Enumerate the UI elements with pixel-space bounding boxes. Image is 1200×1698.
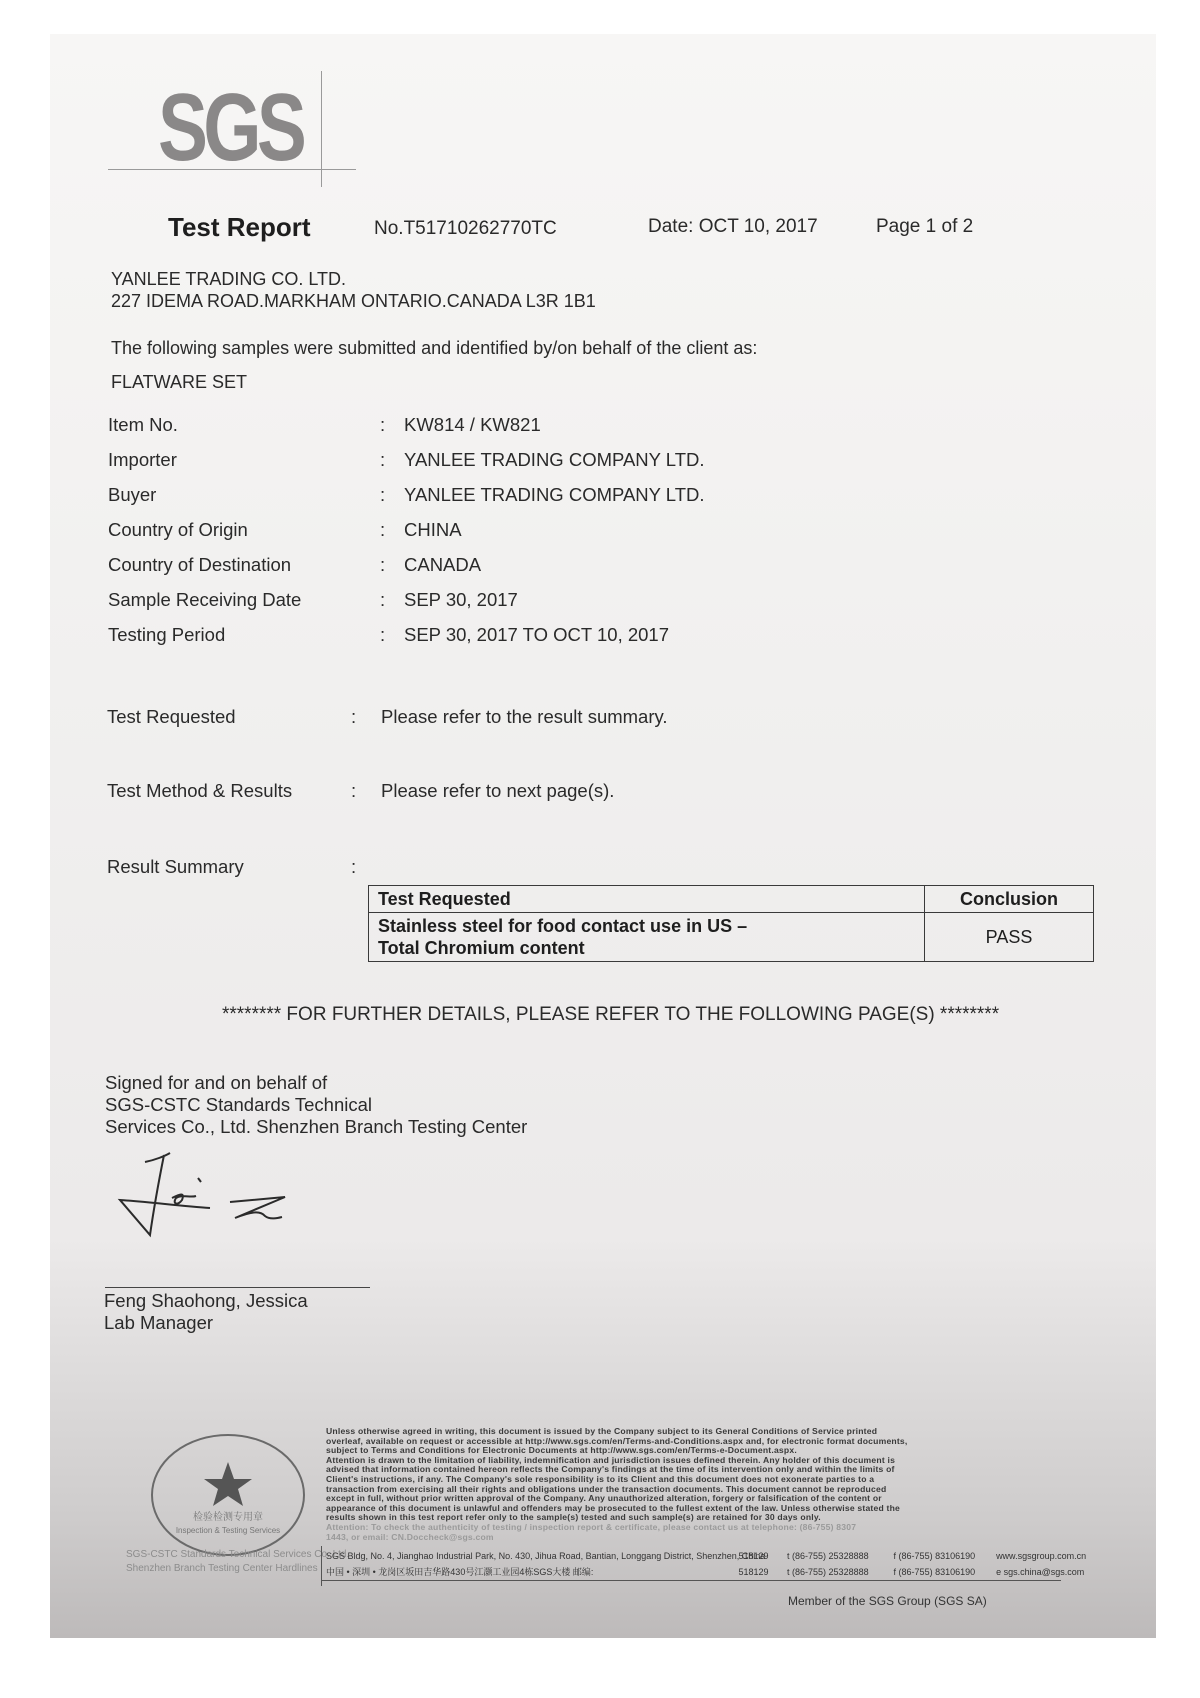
handwritten-signature bbox=[110, 1150, 300, 1250]
info-value: CHINA bbox=[404, 519, 462, 541]
disclaimer-line: transaction from exercising all their ri… bbox=[326, 1485, 1006, 1495]
page-title: Test Report bbox=[168, 212, 311, 243]
info-value: KW814 / KW821 bbox=[404, 414, 541, 436]
result-summary-table: Test Requested Conclusion Stainless stee… bbox=[368, 885, 1094, 962]
table-row: Stainless steel for food contact use in … bbox=[369, 913, 1094, 962]
fax: f (86-755) 83106190 bbox=[894, 1564, 994, 1580]
stamp-caption: SGS-CSTC Standards Technical Services Co… bbox=[126, 1548, 349, 1576]
stamp-caption-line: SGS-CSTC Standards Technical Services Co… bbox=[126, 1548, 349, 1562]
section-label: Test Method & Results bbox=[107, 780, 292, 802]
section-value: Please refer to the result summary. bbox=[381, 706, 668, 728]
website-link[interactable]: www.sgsgroup.com.cn bbox=[996, 1548, 1086, 1564]
info-label: Item No. bbox=[108, 414, 178, 436]
svg-text:Inspection & Testing Services: Inspection & Testing Services bbox=[176, 1526, 280, 1535]
star-icon bbox=[204, 1462, 252, 1506]
info-label: Sample Receiving Date bbox=[108, 589, 301, 611]
on-behalf-line: Signed for and on behalf of bbox=[105, 1072, 527, 1094]
telephone: t (86-755) 25328888 bbox=[787, 1548, 891, 1564]
disclaimer-line: overleaf, available on request or access… bbox=[326, 1437, 1006, 1447]
fax: f (86-755) 83106190 bbox=[894, 1548, 994, 1564]
section-colon: : bbox=[351, 780, 356, 802]
client-address: 227 IDEMA ROAD.MARKHAM ONTARIO.CANADA L3… bbox=[111, 290, 596, 312]
further-details-note: ******** FOR FURTHER DETAILS, PLEASE REF… bbox=[222, 1004, 999, 1026]
test-line-1: Stainless steel for food contact use in … bbox=[378, 915, 915, 937]
info-colon: : bbox=[380, 414, 385, 436]
attention-line: 1443, or email: CN.Doccheck@sgs.com bbox=[326, 1533, 1006, 1543]
intro-text: The following samples were submitted and… bbox=[111, 338, 757, 359]
svg-text:检验检测专用章: 检验检测专用章 bbox=[193, 1510, 263, 1523]
legal-disclaimer: Unless otherwise agreed in writing, this… bbox=[326, 1427, 1006, 1542]
info-colon: : bbox=[380, 624, 385, 646]
address: SGS Bldg, No. 4, Jianghao Industrial Par… bbox=[326, 1548, 736, 1564]
header-conclusion: Conclusion bbox=[925, 886, 1094, 913]
info-label: Testing Period bbox=[108, 624, 225, 646]
address-row-en: SGS Bldg, No. 4, Jianghao Industrial Par… bbox=[326, 1548, 1086, 1564]
section-colon: : bbox=[351, 706, 356, 728]
test-line-2: Total Chromium content bbox=[378, 937, 915, 959]
signature-line bbox=[105, 1287, 370, 1288]
sample-name: FLATWARE SET bbox=[111, 372, 247, 393]
client-name: YANLEE TRADING CO. LTD. bbox=[111, 268, 596, 290]
cell-test-requested: Stainless steel for food contact use in … bbox=[369, 913, 925, 962]
table-header-row: Test Requested Conclusion bbox=[369, 886, 1094, 913]
cell-conclusion: PASS bbox=[925, 913, 1094, 962]
client-block: YANLEE TRADING CO. LTD. 227 IDEMA ROAD.M… bbox=[111, 268, 596, 312]
info-label: Importer bbox=[108, 449, 177, 471]
address: 中国 • 深圳 • 龙岗区坂田吉华路430号江灏工业园4栋SGS大楼 邮编: bbox=[326, 1564, 736, 1580]
disclaimer-line: Unless otherwise agreed in writing, this… bbox=[326, 1427, 1006, 1437]
info-value: SEP 30, 2017 TO OCT 10, 2017 bbox=[404, 624, 669, 646]
on-behalf-line: Services Co., Ltd. Shenzhen Branch Testi… bbox=[105, 1116, 527, 1138]
signer-title: Lab Manager bbox=[104, 1312, 308, 1334]
info-colon: : bbox=[380, 484, 385, 506]
disclaimer-line: except in full, without prior written ap… bbox=[326, 1494, 1006, 1504]
header-test-requested: Test Requested bbox=[369, 886, 925, 913]
info-colon: : bbox=[380, 589, 385, 611]
disclaimer-line: Client's instructions, if any. The Compa… bbox=[326, 1475, 1006, 1485]
section-colon: : bbox=[351, 856, 356, 878]
page-number: Page 1 of 2 bbox=[876, 216, 973, 238]
company-seal-stamp: 检验检测专用章 Inspection & Testing Services bbox=[148, 1432, 308, 1558]
stamp-caption-line: Shenzhen Branch Testing Center Hardlines bbox=[126, 1562, 349, 1576]
postcode: 518129 bbox=[739, 1564, 785, 1580]
sgs-logo: SGS bbox=[158, 80, 302, 176]
logo-rule-horizontal bbox=[108, 169, 356, 170]
report-date: Date: OCT 10, 2017 bbox=[648, 216, 818, 238]
disclaimer-line: results shown in this test report refer … bbox=[326, 1513, 1006, 1523]
disclaimer-line: advised that information contained hereo… bbox=[326, 1465, 1006, 1475]
info-label: Country of Origin bbox=[108, 519, 248, 541]
disclaimer-line: Attention is drawn to the limitation of … bbox=[326, 1456, 1006, 1466]
info-colon: : bbox=[380, 449, 385, 471]
footer-rule bbox=[321, 1580, 1061, 1581]
report-number: No.T51710262770TC bbox=[374, 218, 557, 240]
address-row-cn: 中国 • 深圳 • 龙岗区坂田吉华路430号江灏工业园4栋SGS大楼 邮编: 5… bbox=[326, 1564, 1086, 1580]
on-behalf-line: SGS-CSTC Standards Technical bbox=[105, 1094, 527, 1116]
info-value: SEP 30, 2017 bbox=[404, 589, 518, 611]
info-value: YANLEE TRADING COMPANY LTD. bbox=[404, 449, 705, 471]
info-value: CANADA bbox=[404, 554, 481, 576]
disclaimer-line: subject to Terms and Conditions for Elec… bbox=[326, 1446, 1006, 1456]
section-label: Result Summary bbox=[107, 856, 244, 878]
info-label: Country of Destination bbox=[108, 554, 291, 576]
disclaimer-line: appearance of this document is unlawful … bbox=[326, 1504, 1006, 1514]
attention-line: Attention: To check the authenticity of … bbox=[326, 1523, 1006, 1533]
info-value: YANLEE TRADING COMPANY LTD. bbox=[404, 484, 705, 506]
member-note: Member of the SGS Group (SGS SA) bbox=[788, 1594, 987, 1608]
telephone: t (86-755) 25328888 bbox=[787, 1564, 891, 1580]
info-label: Buyer bbox=[108, 484, 156, 506]
section-value: Please refer to next page(s). bbox=[381, 780, 614, 802]
address-block: SGS Bldg, No. 4, Jianghao Industrial Par… bbox=[326, 1548, 1086, 1580]
logo-rule-vertical bbox=[321, 71, 322, 187]
postcode: 518129 bbox=[739, 1548, 785, 1564]
signed-on-behalf: Signed for and on behalf of SGS-CSTC Sta… bbox=[105, 1072, 527, 1138]
info-colon: : bbox=[380, 519, 385, 541]
signer-name: Feng Shaohong, Jessica bbox=[104, 1290, 308, 1312]
section-label: Test Requested bbox=[107, 706, 236, 728]
signer-block: Feng Shaohong, Jessica Lab Manager bbox=[104, 1290, 308, 1334]
email-link[interactable]: e sgs.china@sgs.com bbox=[996, 1564, 1084, 1580]
info-colon: : bbox=[380, 554, 385, 576]
